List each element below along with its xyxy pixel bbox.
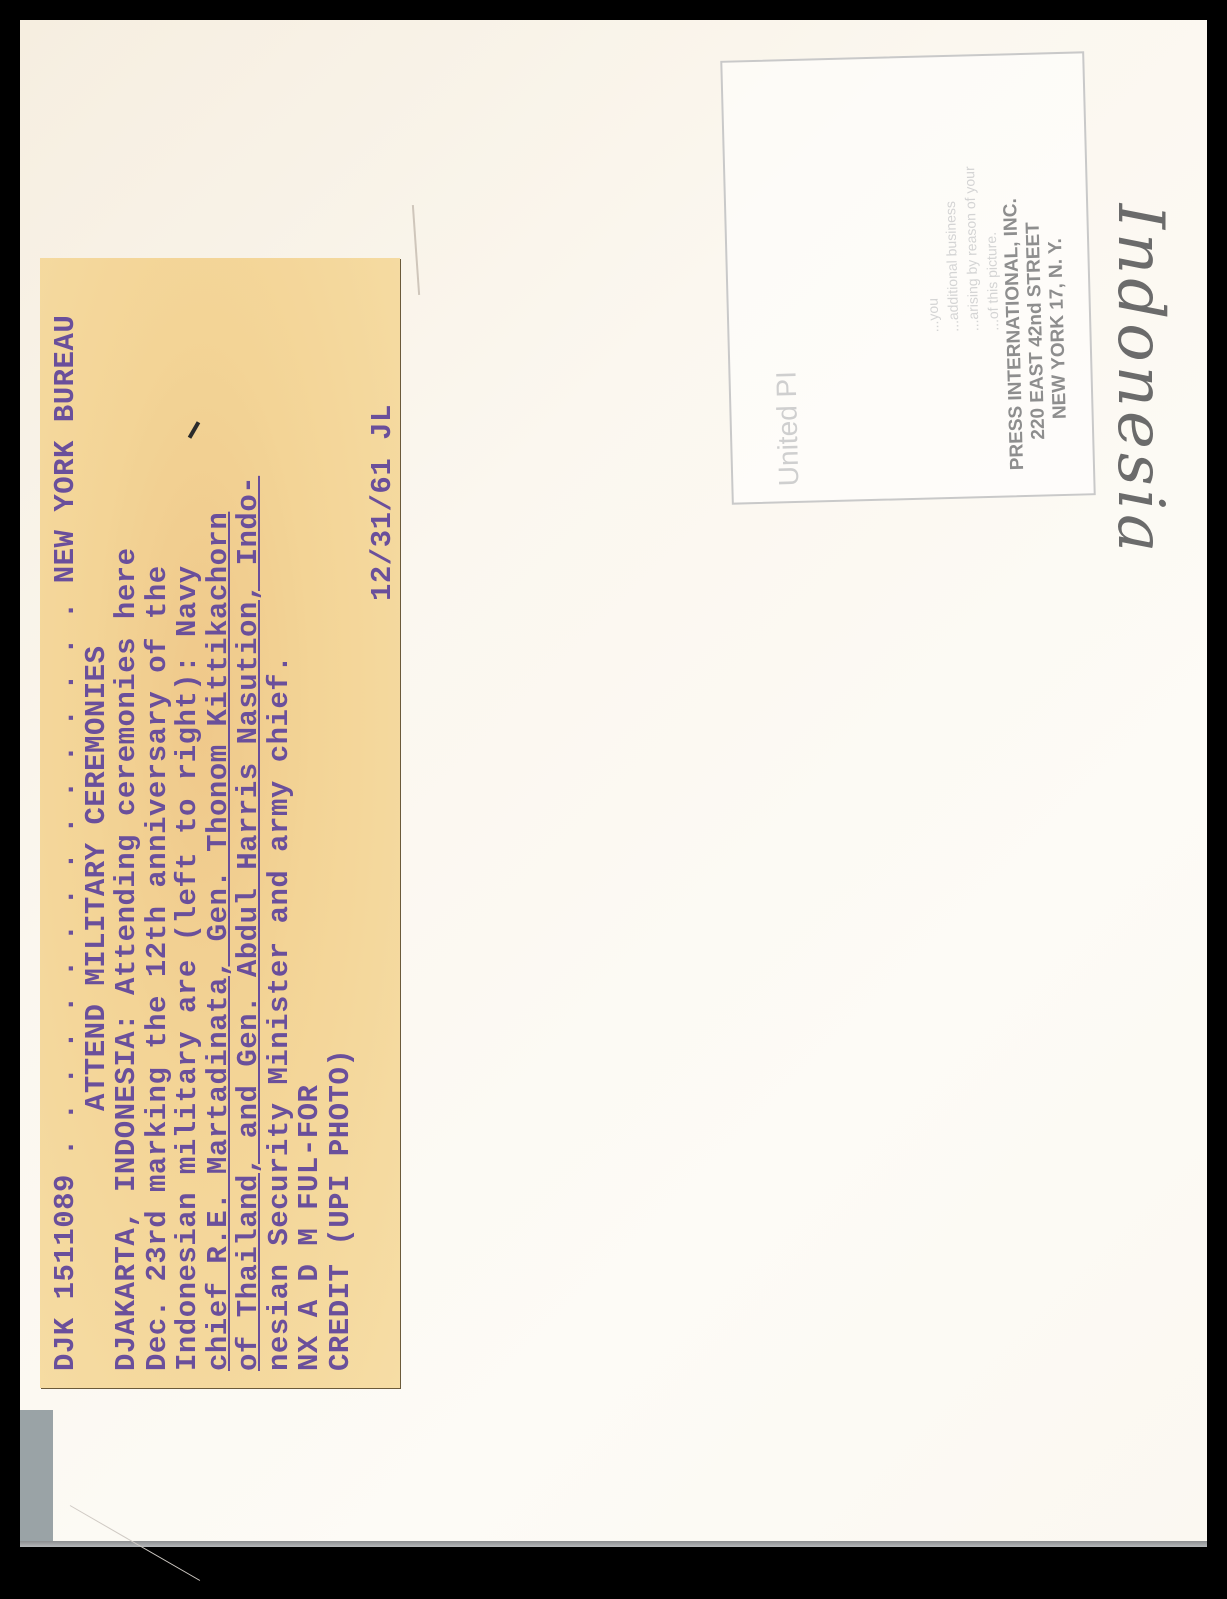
caption-header: DJK 1511089 . . . . . . . . . . . . . . … bbox=[51, 275, 82, 1371]
caption-dateline: 12/31/61 JL bbox=[368, 275, 399, 1371]
stamp-text: United PI ...you ...additional business … bbox=[732, 59, 1083, 498]
caption-headline: ATTEND MILITARY CEREMONIES bbox=[82, 275, 113, 1371]
caption-line: of Thailand, and Gen. Abdul Harris Nasut… bbox=[234, 275, 265, 1371]
handwritten-text: Indonesia bbox=[1103, 204, 1177, 557]
caption-credit: CREDIT (UPI PHOTO) bbox=[326, 275, 357, 1371]
caption-line: Indonesian military are (left to right):… bbox=[173, 275, 204, 1371]
caption-line: nesian Security Minister and army chief. bbox=[265, 275, 296, 1371]
caption-line: chief R.E. Martadinata, Gen. Thonom Kitt… bbox=[204, 275, 235, 1371]
caption-line: DJAKARTA, INDONESIA: Attending ceremonie… bbox=[112, 275, 143, 1371]
caption-slip: DJK 1511089 . . . . . . . . . . . . . . … bbox=[40, 258, 400, 1388]
upi-stamp: United PI ...you ...additional business … bbox=[720, 51, 1095, 504]
caption-line: NX A D M FUL-FOR bbox=[295, 275, 326, 1371]
scan-edge-strip bbox=[20, 1410, 53, 1547]
handwritten-note: Indonesia bbox=[1085, 150, 1195, 610]
caption-text: DJK 1511089 . . . . . . . . . . . . . . … bbox=[45, 263, 395, 1383]
paper-bottom-edge bbox=[20, 1541, 1207, 1547]
caption-line: Dec. 23rd marking the 12th anniversary o… bbox=[143, 275, 174, 1371]
stamp-brand: United PI bbox=[770, 371, 805, 487]
